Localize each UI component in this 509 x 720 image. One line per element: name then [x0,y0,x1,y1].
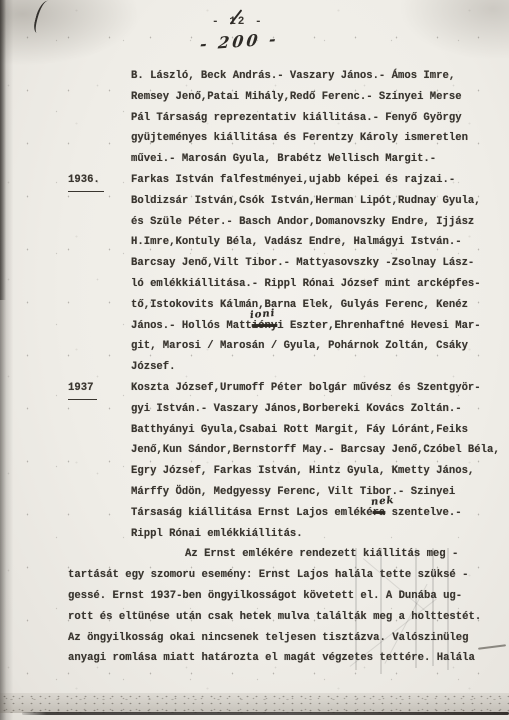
document-line: Remsey Jenő,Patai Mihály,Redő Ferenc.- S… [0,87,509,108]
typed-text: Koszta József,Urumoff Péter bolgár művés… [131,382,481,394]
typed-text: Farkas István falfestményei,ujabb képei … [131,174,455,186]
corner-smudge [399,0,509,60]
struck-text: iónyioni [252,320,277,332]
typed-text: Boldizsár István,Csók István,Herman Lipó… [131,195,481,207]
typed-text: i Eszter,Ehrenhaftné Hevesi Mar- [277,320,480,332]
document-line: Az öngyilkosság okai nincsenek teljesen … [0,628,509,649]
corner-smudge [0,0,150,70]
typed-text: tő,Istokovits Kálmán,Barna Elek, Gulyás … [131,299,468,311]
typed-text: gessé. Ernst 1937-ben öngyilkosságot köv… [68,590,462,602]
typed-text: Egry József, Farkas István, Hintz Gyula,… [131,465,474,477]
document-line: anyagi romlása miatt határozta el magát … [0,648,509,669]
typed-text: ló emlékkiállitása.- Rippl Rónai József … [131,278,481,290]
document-line: rott és eltünése után csak hetek mulva t… [0,607,509,628]
typed-text: József. [131,361,176,373]
document-line: gyüjteményes kiállitása és Ferentzy Káro… [0,128,509,149]
typed-text: Pál Társaság reprezentativ kiállitása.- … [131,112,462,124]
typed-page-number: - 12 - [212,16,264,28]
document-line: Az Ernst emlékére rendezett kiállitás me… [0,544,509,565]
typed-text: Társaság kiállitása Ernst Lajos emléké [131,507,373,519]
document-line: Rippl Rónai emlékkiállitás. [0,524,509,545]
document-line: Társaság kiállitása Ernst Lajos emlékéra… [0,503,509,524]
typed-text: anyagi romlása miatt határozta el magát … [68,652,475,664]
document-line: Batthyányi Gyula,Csabai Rott Margit, Fáy… [0,420,509,441]
typed-text: Márffy Ödön, Medgyessy Ferenc, Vilt Tibo… [131,486,455,498]
document-line: Jenő,Kun Sándor,Bernstorff May.- Barcsay… [0,440,509,461]
typed-text: tartását egy szomoru esemény: Ernst Lajo… [68,569,469,581]
year-label: 1937 [68,378,97,400]
typed-text: B. László, Beck András.- Vaszary János.-… [131,70,455,82]
document-line: gyi István.- Vaszary János,Borbereki Kov… [0,399,509,420]
typed-text: művei.- Marosán Gyula, Brabétz Wellisch … [131,153,436,165]
document-line: Egry József, Farkas István, Hintz Gyula,… [0,461,509,482]
document-line: Pál Társaság reprezentativ kiállitása.- … [0,108,509,129]
handwritten-page-number: - 200 - [199,29,280,54]
scan-smudge-band [0,693,509,713]
typed-text: Rippl Rónai emlékkiállitás. [131,528,303,540]
scanned-document-page: - 12 - - 200 - B. László, Beck András.- … [0,0,509,720]
struck-text: ranek [373,507,386,519]
document-line: művei.- Marosán Gyula, Brabétz Wellisch … [0,149,509,170]
typed-text: git, Marosi / Marosán / Gyula, Pohárnok … [131,340,468,352]
document-line: Boldizsár István,Csók István,Herman Lipó… [0,191,509,212]
document-line: gessé. Ernst 1937-ben öngyilkosságot köv… [0,586,509,607]
typed-text: János.- Hollós Matt [131,320,252,332]
year-label: 1936. [68,170,104,192]
document-line: 1937Koszta József,Urumoff Péter bolgár m… [0,378,509,399]
typed-text: Az Ernst emlékére rendezett kiállitás me… [185,548,458,560]
document-line: János.- Hollós Mattiónyionii Eszter,Ehre… [0,316,509,337]
handwritten-correction: nek [370,496,394,508]
typed-text: Batthyányi Gyula,Csabai Rott Margit, Fáy… [131,424,468,436]
document-line: ló emlékkiállitása.- Rippl Rónai József … [0,274,509,295]
typed-text: Jenő,Kun Sándor,Bernstorff May.- Barcsay… [131,444,500,456]
typed-text: Remsey Jenő,Patai Mihály,Redő Ferenc.- S… [131,91,462,103]
document-line: B. László, Beck András.- Vaszary János.-… [0,66,509,87]
document-line: 1936.Farkas István falfestményei,ujabb k… [0,170,509,191]
typed-text: szentelve.- [385,507,461,519]
document-line: Márffy Ödön, Medgyessy Ferenc, Vilt Tibo… [0,482,509,503]
typed-lines: B. László, Beck András.- Vaszary János.-… [0,66,509,669]
document-line: József. [0,357,509,378]
typed-text: Az öngyilkosság okai nincsenek teljesen … [68,632,469,644]
typed-text: Barcsay Jenő,Vilt Tibor.- Mattyasovszky … [131,257,474,269]
scan-edge-line [22,712,509,715]
typed-text: gyi István.- Vaszary János,Borbereki Kov… [131,403,462,415]
document-line: H.Imre,Kontuly Béla, Vadász Endre, Halmá… [0,232,509,253]
document-line: tartását egy szomoru esemény: Ernst Lajo… [0,565,509,586]
typed-text: gyüjteményes kiállitása és Ferentzy Káro… [131,132,468,144]
document-line: git, Marosi / Marosán / Gyula, Pohárnok … [0,336,509,357]
document-line: és Szüle Péter.- Basch Andor,Domanovszky… [0,212,509,233]
typed-text: rott és eltünése után csak hetek mulva t… [68,611,481,623]
typed-text: H.Imre,Kontuly Béla, Vadász Endre, Halmá… [131,236,462,248]
document-line: Barcsay Jenő,Vilt Tibor.- Mattyasovszky … [0,253,509,274]
typed-text: és Szüle Péter.- Basch Andor,Domanovszky… [131,216,474,228]
handwritten-correction: ioni [249,308,275,320]
